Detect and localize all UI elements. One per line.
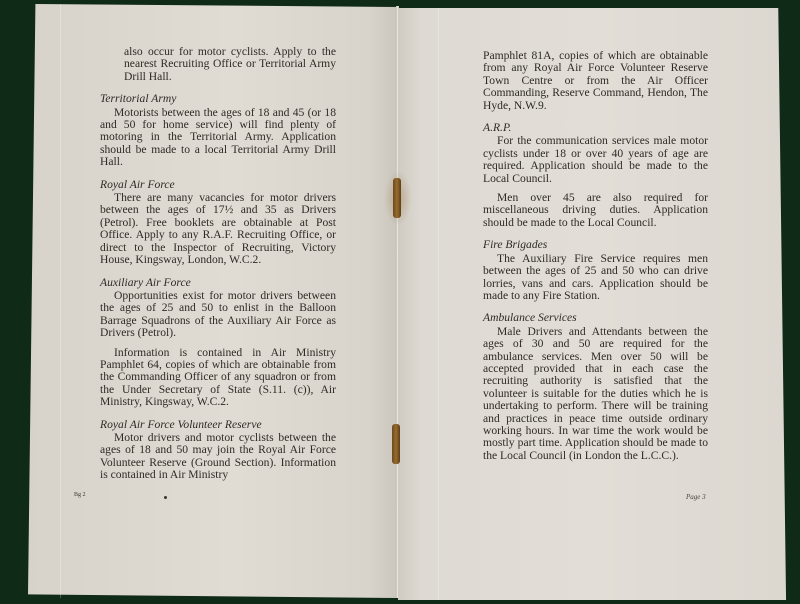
right-intro-paragraph: Pamphlet 81A, copies of which are obtain…	[483, 50, 708, 112]
rafvr-paragraph: Motor drivers and motor cyclists between…	[100, 432, 336, 482]
auxiliary-air-force-paragraph-1: Opportunities exist for motor drivers be…	[100, 290, 336, 340]
left-intro-paragraph: also occur for motor cyclists. Apply to …	[124, 46, 336, 83]
heading-royal-air-force: Royal Air Force	[100, 179, 336, 191]
pamphlet-spread: also occur for motor cyclists. Apply to …	[0, 0, 800, 604]
fold-crease	[438, 8, 439, 600]
heading-auxiliary-air-force: Auxiliary Air Force	[100, 277, 336, 289]
fire-brigades-paragraph: The Auxiliary Fire Service requires men …	[483, 253, 708, 303]
fold-crease	[60, 4, 61, 598]
auxiliary-air-force-paragraph-2: Information is contained in Air Ministry…	[100, 347, 336, 409]
royal-air-force-paragraph: There are many vacancies for motor drive…	[100, 192, 336, 266]
territorial-army-paragraph: Motorists between the ages of 18 and 45 …	[100, 107, 336, 169]
printer-mark: Bg 2	[74, 492, 86, 498]
ambulance-services-paragraph: Male Drivers and Attendants between the …	[483, 326, 708, 462]
heading-fire-brigades: Fire Brigades	[483, 239, 708, 251]
arp-paragraph-1: For the communication services male moto…	[483, 135, 708, 185]
spine-fold	[396, 6, 399, 598]
heading-territorial-army: Territorial Army	[100, 93, 336, 105]
ink-dot	[164, 496, 167, 499]
left-page-text: also occur for motor cyclists. Apply to …	[100, 46, 336, 489]
heading-arp: A.R.P.	[483, 122, 708, 134]
page-number: Page 3	[686, 493, 706, 501]
heading-ambulance-services: Ambulance Services	[483, 312, 708, 324]
staple-top-icon	[393, 178, 401, 218]
heading-rafvr: Royal Air Force Volunteer Reserve	[100, 419, 336, 431]
right-page-text: Pamphlet 81A, copies of which are obtain…	[483, 50, 708, 469]
arp-paragraph-2: Men over 45 are also required for miscel…	[483, 192, 708, 229]
staple-bottom-icon	[392, 424, 400, 464]
